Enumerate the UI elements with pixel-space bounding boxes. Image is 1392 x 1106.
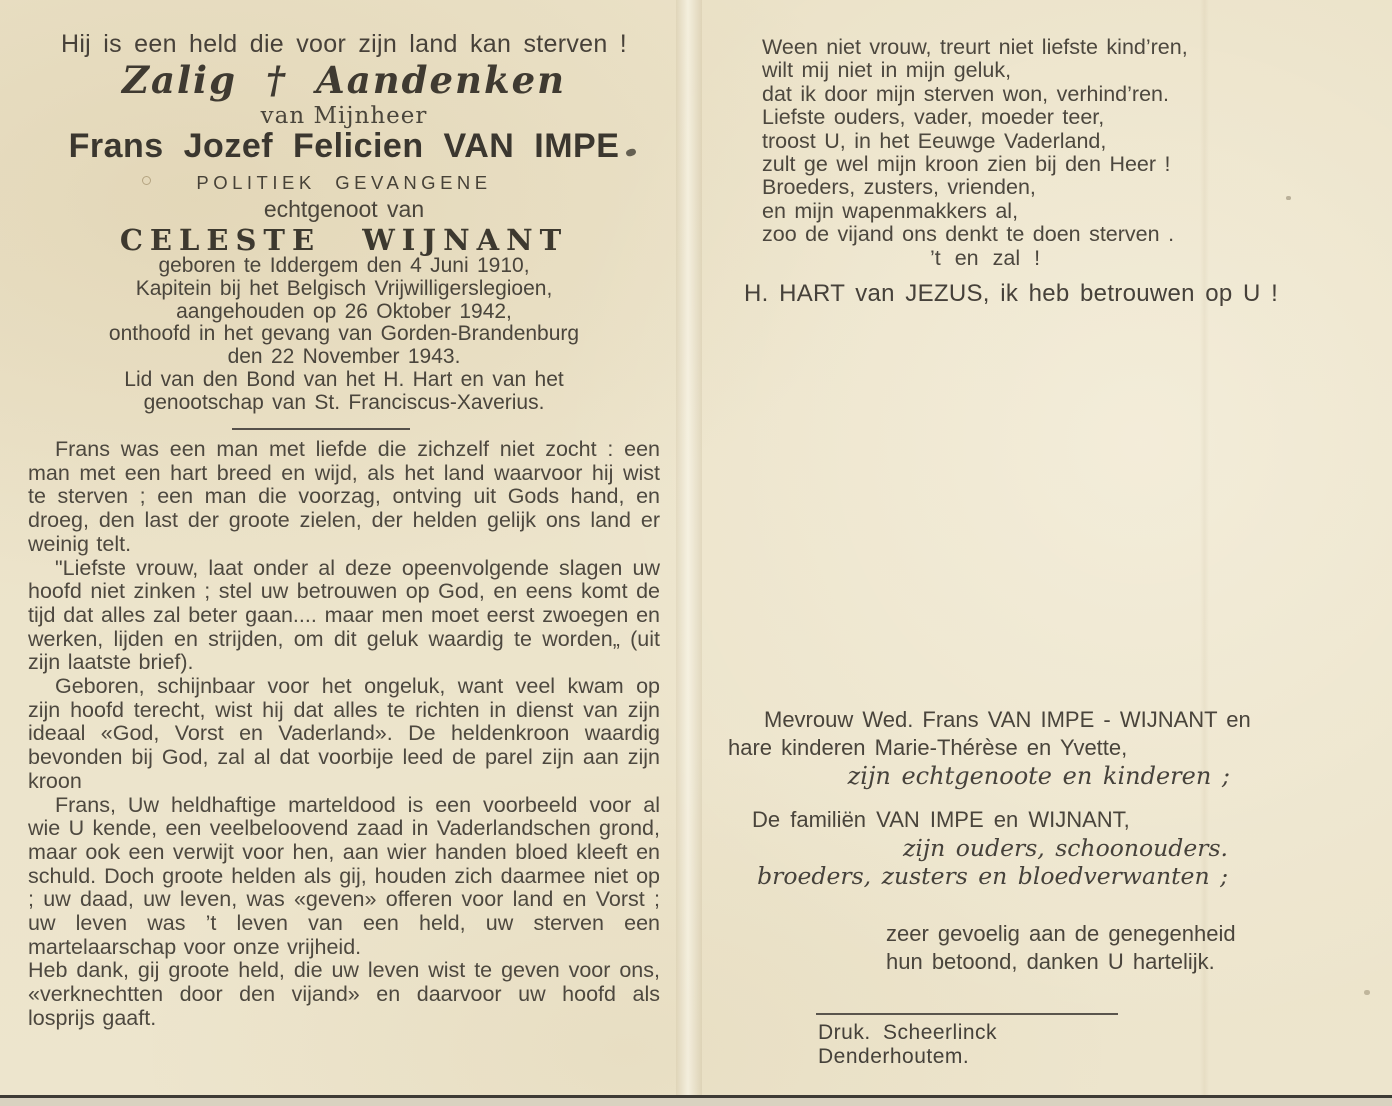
family-role-line: zijn ouders, schoonouders. — [720, 835, 1228, 863]
printer-credit: Druk. Scheerlinck Denderhoutem. — [818, 1021, 1128, 1069]
family-relatives-line: De familiën VAN IMPE en WIJNANT, — [752, 807, 1130, 833]
bio-line: Kapitein bij het Belgisch Vrijwilligersl… — [28, 278, 660, 301]
memorial-title: Zalig † Aandenken — [28, 58, 660, 102]
family-widow-lines: Mevrouw Wed. Frans VAN IMPE - WIJNANT en… — [728, 706, 1293, 762]
poem-line: en mijn wapenmakkers al, — [762, 200, 1307, 223]
bio-line: geboren te Iddergem den 4 Juni 1910, — [28, 255, 660, 278]
eulogy-paragraph: Geboren, schijnbaar voor het ongeluk, wa… — [28, 675, 660, 794]
poem-line: zult ge wel mijn kroon zien bij den Heer… — [762, 153, 1307, 176]
salutation-line: van Mijnheer — [28, 103, 660, 129]
eulogy-paragraph: Frans, Uw heldhaftige marteldood is een … — [28, 794, 660, 960]
thanks-lines: zeer gevoelig aan de genegenheidhun beto… — [886, 920, 1236, 975]
memorial-card-scan: Hij is een held die voor zijn land kan s… — [0, 0, 1392, 1106]
deceased-name: Frans Jozef Felicien VAN IMPE — [24, 127, 664, 166]
invocation-line: H. HART van JEZUS, ik heb betrouwen op U… — [744, 280, 1304, 308]
printer-divider — [816, 1013, 1118, 1015]
poem-line: Broeders, zusters, vrienden, — [762, 176, 1307, 199]
bio-line: den 22 November 1943. — [28, 346, 660, 369]
family-widow-role: zijn echtgenoote en kinderen ; — [728, 762, 1230, 790]
eulogy-paragraph: Heb dank, gij groote held, die uw leven … — [28, 959, 660, 1030]
thanks-line: zeer gevoelig aan de genegenheid — [886, 920, 1236, 948]
biography-lines: geboren te Iddergem den 4 Juni 1910,Kapi… — [28, 255, 660, 415]
paper-speck — [1286, 196, 1291, 200]
spouse-of-line: echtgenoot van — [24, 196, 664, 223]
bio-line: onthoofd in het gevang van Gorden-Brande… — [28, 323, 660, 346]
poem-closing-line: ’t en zal ! — [930, 246, 1040, 271]
spouse-name: CELESTE WIJNANT — [24, 223, 664, 257]
bio-line: genootschap van St. Franciscus-Xaverius. — [28, 392, 660, 415]
family-role-line: broeders, zusters en bloedverwanten ; — [720, 863, 1228, 891]
poem-line: wilt mij niet in mijn geluk, — [762, 59, 1307, 82]
paper-speck — [142, 176, 151, 185]
poem-line: dat ik door mijn sterven won, verhind’re… — [762, 83, 1307, 106]
card-bottom-edge — [0, 1095, 1392, 1106]
paper-speck — [1364, 990, 1370, 995]
family-line: hare kinderen Marie-Thérèse en Yvette, — [728, 734, 1293, 762]
poem-line: troost U, in het Eeuwge Vaderland, — [762, 130, 1307, 153]
bio-line: aangehouden op 26 Oktober 1942, — [28, 301, 660, 324]
poem-lines: Ween niet vrouw, treurt niet liefste kin… — [762, 36, 1307, 247]
poem-line: zoo de vijand ons denkt te doen sterven … — [762, 223, 1307, 246]
role-line: POLITIEK GEVANGENE — [24, 172, 664, 194]
eulogy-paragraph: Frans was een man met liefde die zichzel… — [28, 438, 660, 557]
right-page: Ween niet vrouw, treurt niet liefste kin… — [690, 0, 1392, 1106]
family-relatives-roles: zijn ouders, schoonouders.broeders, zust… — [720, 835, 1228, 890]
motto-line: Hij is een held die voor zijn land kan s… — [28, 30, 660, 59]
family-line: Mevrouw Wed. Frans VAN IMPE - WIJNANT en — [728, 706, 1293, 734]
thanks-line: hun betoond, danken U hartelijk. — [886, 948, 1236, 976]
eulogy-paragraphs: Frans was een man met liefde die zichzel… — [28, 438, 660, 1031]
section-divider — [232, 428, 410, 430]
poem-line: Ween niet vrouw, treurt niet liefste kin… — [762, 36, 1307, 59]
bio-line: Lid van den Bond van het H. Hart en van … — [28, 369, 660, 392]
eulogy-paragraph: "Liefste vrouw, laat onder al deze opeen… — [28, 557, 660, 676]
poem-line: Liefste ouders, vader, moeder teer, — [762, 106, 1307, 129]
left-page: Hij is een held die voor zijn land kan s… — [24, 0, 664, 1106]
